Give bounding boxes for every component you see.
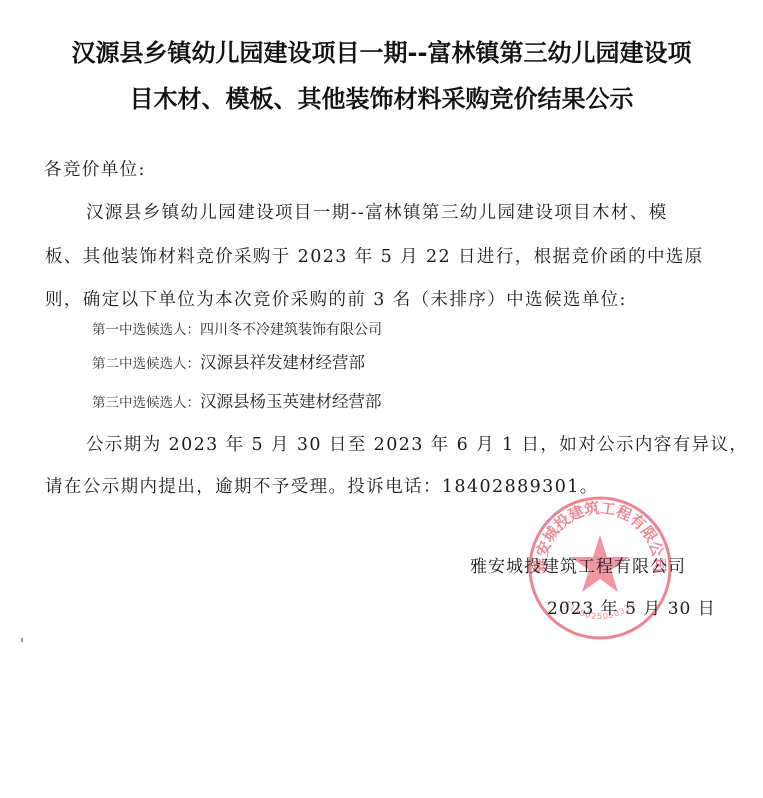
document-title-line-1: 汉源县乡镇幼儿园建设项目一期--富林镇第三幼儿园建设项: [0, 33, 763, 68]
signature-date: 2023 年 5 月 30 日: [547, 594, 716, 619]
body-line-2: 板、其他装饰材料竞价采购于 2023 年 5 月 22 日进行，根据竞价函的中选…: [45, 243, 704, 268]
body-line-3: 则，确定以下单位为本次竞价采购的前 3 名（未排序）中选候选单位:: [45, 286, 627, 311]
scan-artifact: [21, 638, 23, 642]
candidate-3: 第三中选候选人：汉源县杨玉英建材经营部: [92, 388, 382, 412]
candidate-1: 第一中选候选人：四川冬不冷建筑装饰有限公司: [92, 318, 382, 339]
candidate-name: 汉源县杨玉英建材经营部: [200, 392, 382, 411]
notice-line-1: 公示期为 2023 年 5 月 30 日至 2023 年 6 月 1 日，如对公…: [86, 431, 748, 456]
salutation: 各竞价单位:: [44, 156, 146, 181]
document-title-line-2: 目木材、模板、其他装饰材料采购竞价结果公示: [0, 79, 763, 114]
candidate-label: 第一中选候选人：: [92, 322, 200, 338]
candidate-label: 第三中选候选人：: [92, 395, 200, 411]
signature-company: 雅安城投建筑工程有限公司: [470, 552, 686, 577]
candidate-name: 汉源县祥发建材经营部: [200, 353, 365, 372]
candidate-2: 第二中选候选人：汉源县祥发建材经营部: [92, 349, 365, 373]
notice-line-2: 请在公示期内提出，逾期不予受理。投诉电话：18402889301。: [45, 473, 599, 498]
body-line-1: 汉源县乡镇幼儿园建设项目一期--富林镇第三幼儿园建设项目木材、模: [86, 199, 668, 224]
candidate-label: 第二中选候选人：: [92, 356, 200, 372]
candidate-name: 四川冬不冷建筑装饰有限公司: [200, 322, 382, 338]
